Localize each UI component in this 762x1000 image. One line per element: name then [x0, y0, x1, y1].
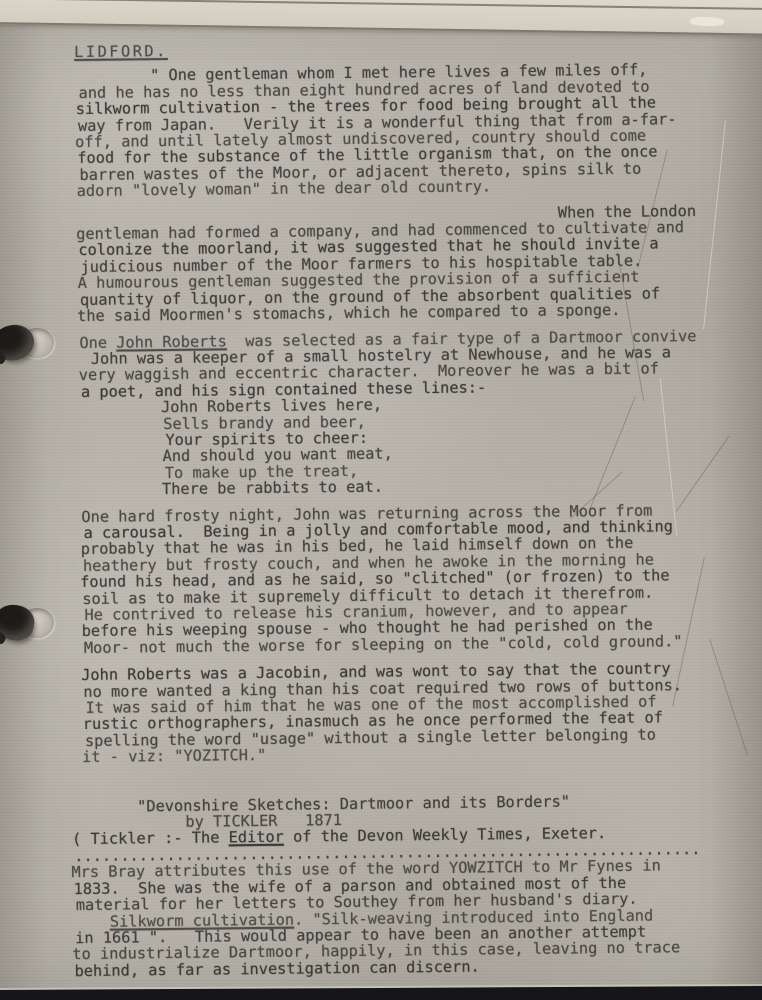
block-citation: "Devonshire Sketches: Dartmoor and its B…	[73, 791, 746, 864]
block-para-london: When the Londongentleman had formed a co…	[78, 202, 739, 324]
binder-ring-bottom	[0, 602, 66, 650]
text-run: it - viz: "YOZITCH."	[82, 746, 266, 766]
binder-ring-top	[0, 322, 66, 370]
block-para-silkworm: " One gentleman whom I met here lives a …	[76, 61, 737, 200]
typed-text: LIDFORD. " One gentleman whom I met here…	[76, 37, 747, 980]
text-run: There be rabbits to eat.	[79, 478, 383, 499]
underlined-text: LIDFORD.	[74, 42, 168, 61]
block-para-frosty-night: One hard frosty night, John was returnin…	[81, 501, 743, 656]
block-footnote: Mrs Bray attributes this use of the word…	[73, 857, 746, 979]
scanned-page-photo: LIDFORD. " One gentleman whom I met here…	[0, 0, 762, 1000]
text-run: adorn "lovely woman" in the dear old cou…	[77, 178, 492, 201]
block-para-john-roberts: One John Roberts was selected as a fair …	[79, 327, 741, 499]
block-para-jacobin: John Roberts was a Jacobin, and was wont…	[83, 660, 744, 766]
